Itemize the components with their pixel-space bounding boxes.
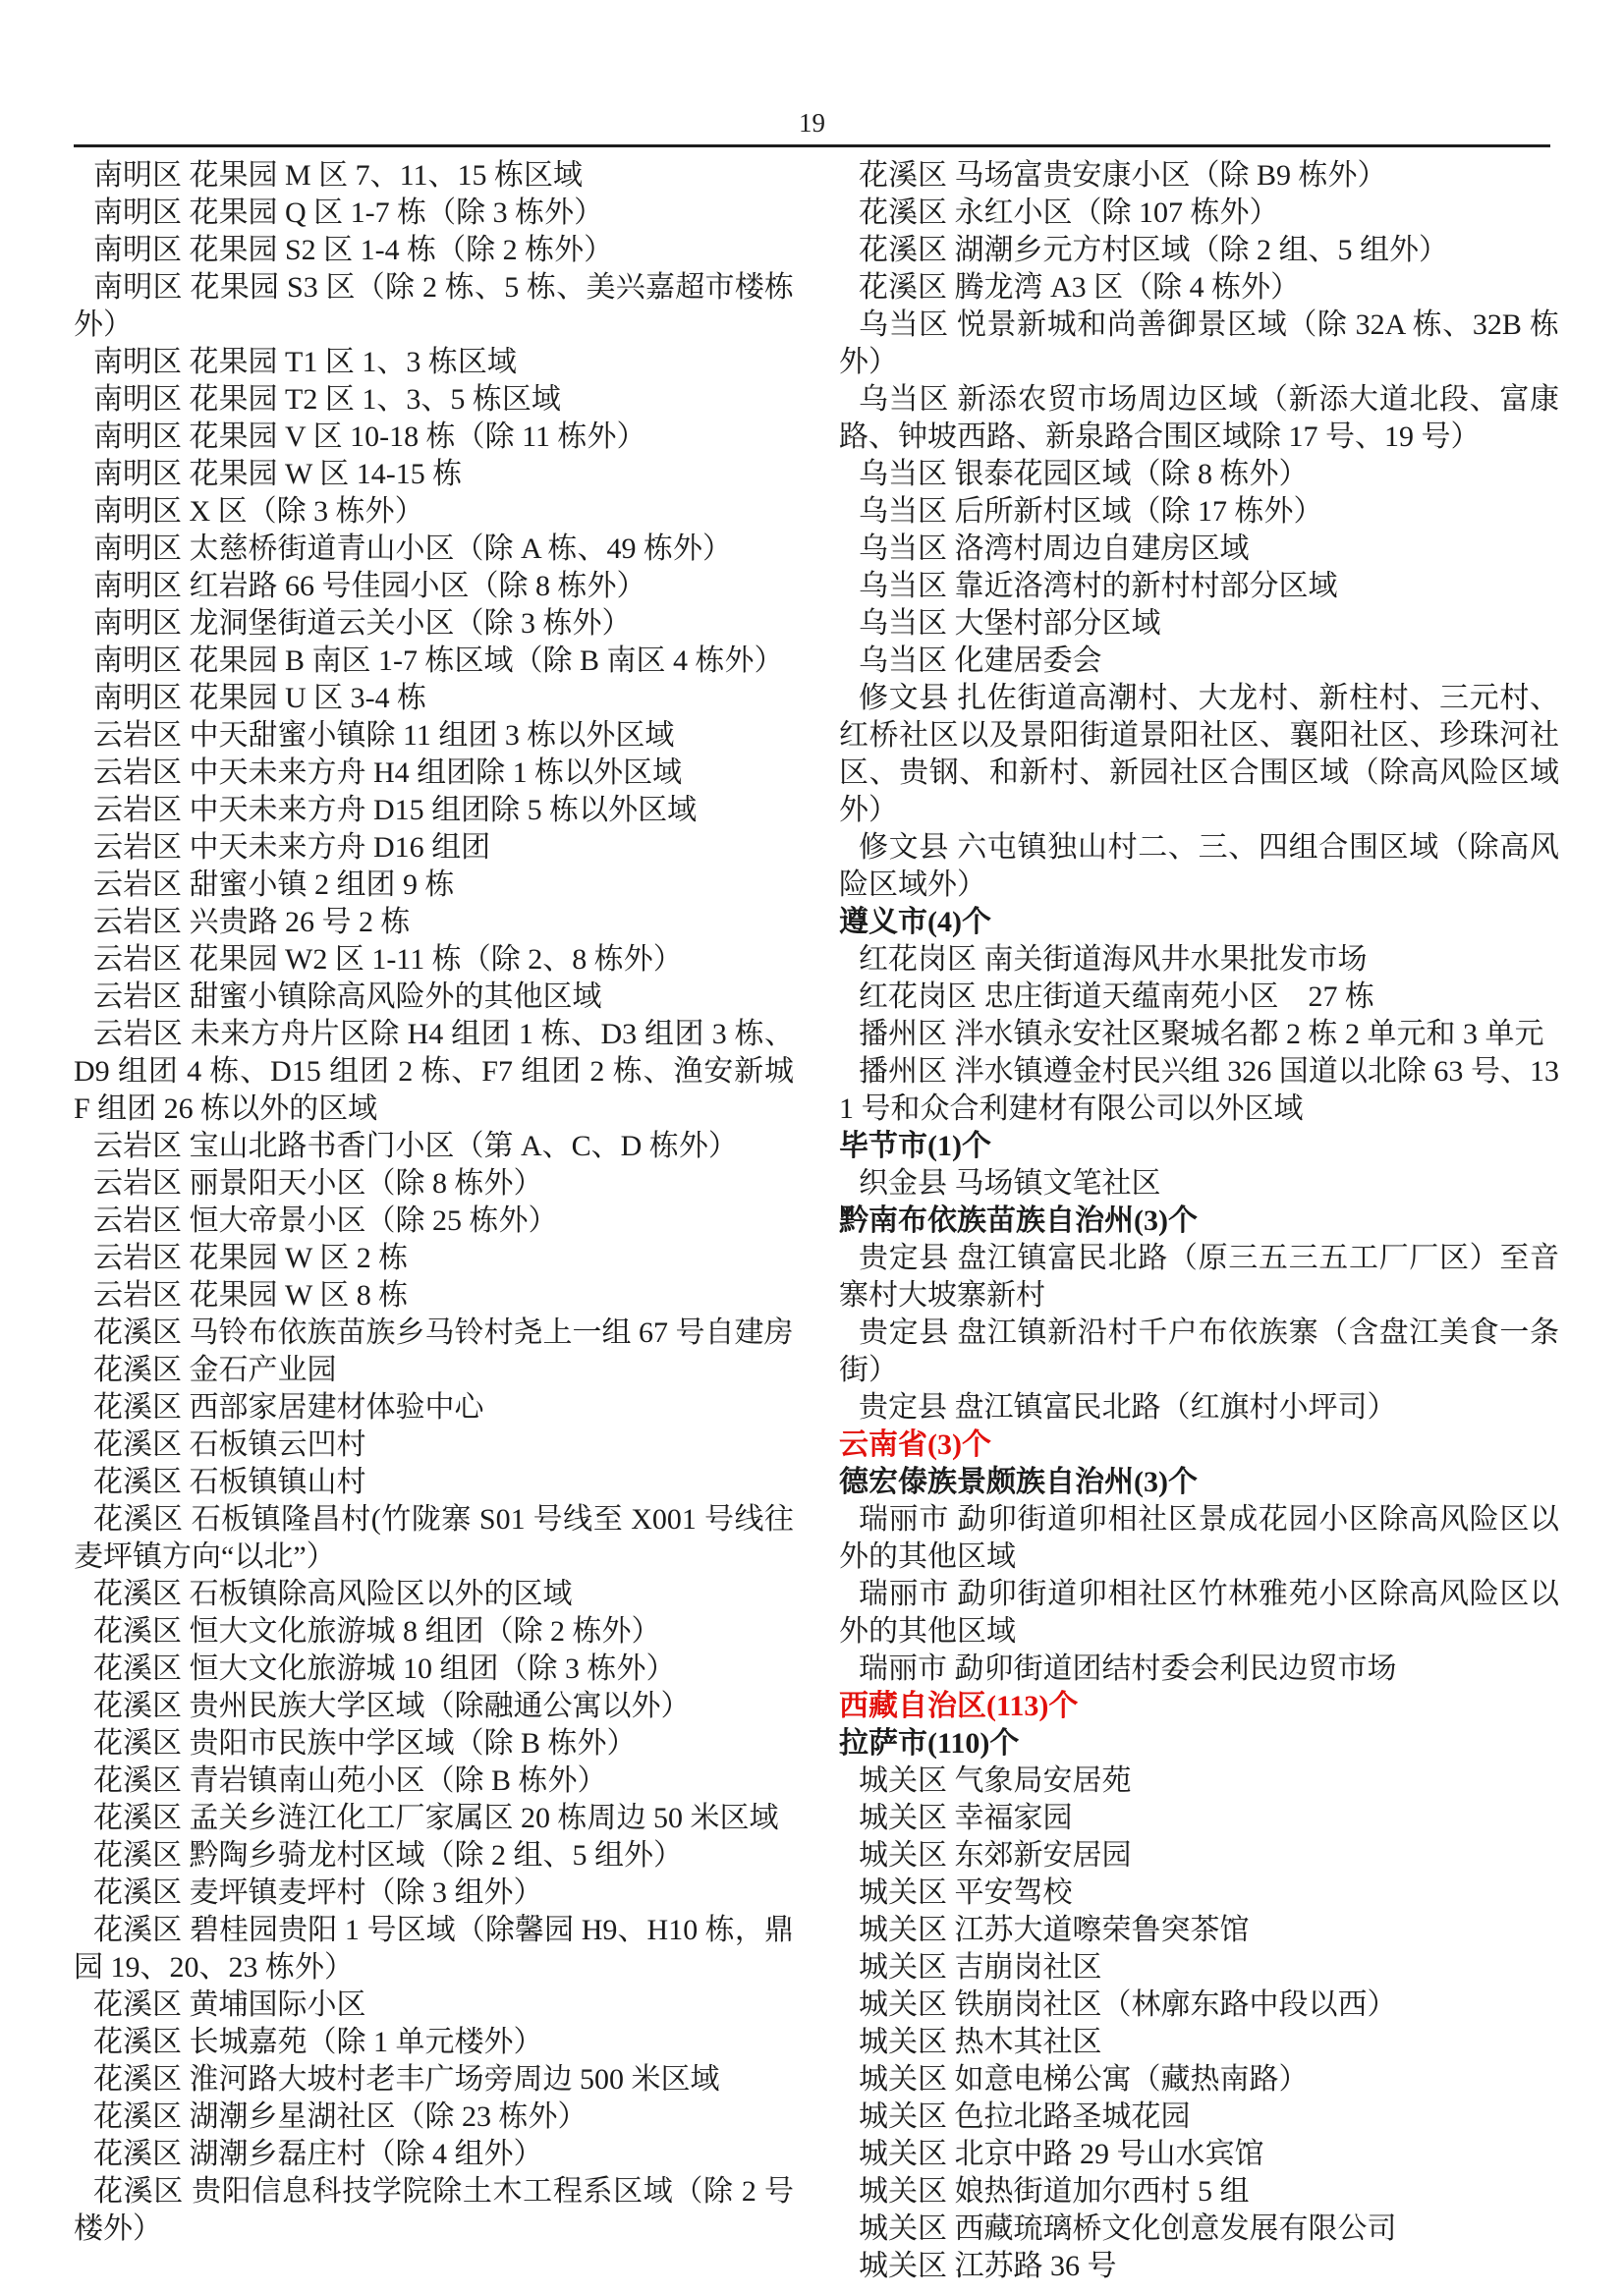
risk-area-list-item: 花溪区 石板镇隆昌村(竹陇寨 S01 号线至 X001 号线往麦坪镇方向“以北”…	[74, 1501, 794, 1576]
risk-area-list-item: 云岩区 花果园 W2 区 1-11 栋（除 2、8 栋外）	[74, 941, 794, 979]
risk-area-list-item: 云岩区 花果园 W 区 8 栋	[74, 1277, 794, 1315]
risk-area-list-item: 乌当区 化建居委会	[839, 643, 1559, 680]
risk-area-list-item: 南明区 红岩路 66 号佳园小区（除 8 栋外）	[74, 568, 794, 605]
risk-area-list-item: 云岩区 未来方舟片区除 H4 组团 1 栋、D3 组团 3 栋、D9 组团 4 …	[74, 1016, 794, 1128]
risk-area-list-item: 南明区 花果园 S3 区（除 2 栋、5 栋、美兴嘉超市楼栋外）	[74, 269, 794, 344]
risk-area-list-item: 花溪区 马铃布依族苗族乡马铃村尧上一组 67 号自建房	[74, 1315, 794, 1352]
risk-area-list-item: 修文县 扎佐街道高潮村、大龙村、新柱村、三元村、红桥社区以及景阳街道景阳社区、襄…	[839, 680, 1559, 829]
risk-area-list-item: 红花岗区 忠庄街道天蕴南苑小区 27 栋	[839, 979, 1559, 1016]
risk-area-list-item: 城关区 娘热街道加尔西村 5 组	[839, 2173, 1559, 2211]
risk-area-list-item: 花溪区 贵阳信息科技学院除土木工程系区域（除 2 号楼外）	[74, 2173, 794, 2248]
risk-area-list-item: 城关区 铁崩岗社区（林廓东路中段以西）	[839, 1987, 1559, 2024]
risk-area-list-item: 花溪区 长城嘉苑（除 1 单元楼外）	[74, 2024, 794, 2061]
risk-area-list-item: 南明区 花果园 T1 区 1、3 栋区域	[74, 344, 794, 381]
risk-area-list-item: 花溪区 贵州民族大学区域（除融通公寓以外）	[74, 1688, 794, 1725]
risk-area-list-item: 南明区 花果园 W 区 14-15 栋	[74, 456, 794, 493]
risk-area-list-item: 花溪区 湖潮乡元方村区域（除 2 组、5 组外）	[839, 232, 1559, 269]
right-column: 花溪区 马场富贵安康小区（除 B9 栋外）花溪区 永红小区（除 107 栋外）花…	[839, 157, 1559, 2285]
two-column-body: 南明区 花果园 M 区 7、11、15 栋区域南明区 花果园 Q 区 1-7 栋…	[74, 157, 1559, 2285]
risk-area-list-item: 花溪区 石板镇镇山村	[74, 1464, 794, 1501]
risk-area-list-item: 花溪区 恒大文化旅游城 10 组团（除 3 栋外）	[74, 1651, 794, 1688]
risk-area-list-item: 南明区 花果园 S2 区 1-4 栋（除 2 栋外）	[74, 232, 794, 269]
risk-area-list-item: 贵定县 盘江镇富民北路（原三五三五工厂厂区）至音寨村大坡寨新村	[839, 1240, 1559, 1315]
risk-area-list-item: 城关区 东郊新安居园	[839, 1837, 1559, 1875]
risk-area-list-item: 花溪区 孟关乡涟江化工厂家属区 20 栋周边 50 米区域	[74, 1800, 794, 1837]
risk-area-list-item: 花溪区 石板镇除高风险区以外的区域	[74, 1576, 794, 1613]
risk-area-list-item: 城关区 江苏大道嚓荣鲁突茶馆	[839, 1912, 1559, 1949]
risk-area-list-item: 云岩区 中天未来方舟 D16 组团	[74, 829, 794, 867]
risk-area-list-item: 瑞丽市 勐卯街道团结村委会利民边贸市场	[839, 1651, 1559, 1688]
risk-area-list-item: 南明区 花果园 V 区 10-18 栋（除 11 栋外）	[74, 419, 794, 456]
risk-area-list-item: 南明区 花果园 Q 区 1-7 栋（除 3 栋外）	[74, 195, 794, 232]
risk-area-list-item: 城关区 气象局安居苑	[839, 1763, 1559, 1800]
risk-area-list-item: 乌当区 银泰花园区域（除 8 栋外）	[839, 456, 1559, 493]
risk-area-list-item: 云岩区 甜蜜小镇除高风险外的其他区域	[74, 979, 794, 1016]
risk-area-list-item: 云岩区 丽景阳天小区（除 8 栋外）	[74, 1165, 794, 1203]
risk-area-list-item: 乌当区 靠近洛湾村的新村村部分区域	[839, 568, 1559, 605]
risk-area-list-item: 乌当区 新添农贸市场周边区域（新添大道北段、富康路、钟坡西路、新泉路合围区域除 …	[839, 381, 1559, 456]
risk-area-list-item: 花溪区 恒大文化旅游城 8 组团（除 2 栋外）	[74, 1613, 794, 1651]
risk-area-list-item: 花溪区 石板镇云凹村	[74, 1427, 794, 1464]
header-rule	[74, 144, 1550, 147]
risk-area-list-item: 城关区 平安驾校	[839, 1875, 1559, 1912]
risk-area-list-item: 织金县 马场镇文笔社区	[839, 1165, 1559, 1203]
province-header: 西藏自治区(113)个	[839, 1688, 1559, 1725]
risk-area-list-item: 播州区 泮水镇永安社区聚城名都 2 栋 2 单元和 3 单元	[839, 1016, 1559, 1053]
risk-area-list-item: 播州区 泮水镇遵金村民兴组 326 国道以北除 63 号、131 号和众合利建材…	[839, 1053, 1559, 1128]
risk-area-list-item: 乌当区 大堡村部分区域	[839, 605, 1559, 643]
city-header: 德宏傣族景颇族自治州(3)个	[839, 1464, 1559, 1501]
risk-area-list-item: 城关区 如意电梯公寓（藏热南路）	[839, 2061, 1559, 2099]
risk-area-list-item: 城关区 西藏琉璃桥文化创意发展有限公司	[839, 2211, 1559, 2248]
risk-area-list-item: 云岩区 宝山北路书香门小区（第 A、C、D 栋外）	[74, 1128, 794, 1165]
risk-area-list-item: 南明区 花果园 U 区 3-4 栋	[74, 680, 794, 717]
left-column: 南明区 花果园 M 区 7、11、15 栋区域南明区 花果园 Q 区 1-7 栋…	[74, 157, 794, 2285]
risk-area-list-item: 南明区 X 区（除 3 栋外）	[74, 493, 794, 531]
page-number: 19	[0, 0, 1624, 138]
risk-area-list-item: 云岩区 兴贵路 26 号 2 栋	[74, 904, 794, 941]
risk-area-list-item: 花溪区 湖潮乡磊庄村（除 4 组外）	[74, 2136, 794, 2173]
risk-area-list-item: 贵定县 盘江镇富民北路（红旗村小坪司）	[839, 1389, 1559, 1427]
risk-area-list-item: 南明区 花果园 B 南区 1-7 栋区域（除 B 南区 4 栋外）	[74, 643, 794, 680]
risk-area-list-item: 花溪区 永红小区（除 107 栋外）	[839, 195, 1559, 232]
risk-area-list-item: 城关区 热木其社区	[839, 2024, 1559, 2061]
risk-area-list-item: 乌当区 悦景新城和尚善御景区域（除 32A 栋、32B 栋外）	[839, 307, 1559, 381]
risk-area-list-item: 云岩区 中天未来方舟 H4 组团除 1 栋以外区域	[74, 755, 794, 792]
risk-area-list-item: 瑞丽市 勐卯街道卯相社区竹林雅苑小区除高风险区以外的其他区域	[839, 1576, 1559, 1651]
risk-area-list-item: 花溪区 麦坪镇麦坪村（除 3 组外）	[74, 1875, 794, 1912]
city-header: 黔南布依族苗族自治州(3)个	[839, 1203, 1559, 1240]
risk-area-list-item: 花溪区 黄埔国际小区	[74, 1987, 794, 2024]
risk-area-list-item: 花溪区 马场富贵安康小区（除 B9 栋外）	[839, 157, 1559, 195]
risk-area-list-item: 城关区 幸福家园	[839, 1800, 1559, 1837]
city-header: 遵义市(4)个	[839, 904, 1559, 941]
city-header: 毕节市(1)个	[839, 1128, 1559, 1165]
risk-area-list-item: 城关区 江苏路 36 号	[839, 2248, 1559, 2285]
risk-area-list-item: 乌当区 洛湾村周边自建房区域	[839, 531, 1559, 568]
risk-area-list-item: 南明区 太慈桥街道青山小区（除 A 栋、49 栋外）	[74, 531, 794, 568]
risk-area-list-item: 修文县 六屯镇独山村二、三、四组合围区域（除高风险区域外）	[839, 829, 1559, 904]
risk-area-list-item: 花溪区 碧桂园贵阳 1 号区域（除馨园 H9、H10 栋，鼎园 19、20、23…	[74, 1912, 794, 1987]
risk-area-list-item: 花溪区 湖潮乡星湖社区（除 23 栋外）	[74, 2099, 794, 2136]
risk-area-list-item: 花溪区 贵阳市民族中学区域（除 B 栋外）	[74, 1725, 794, 1763]
risk-area-list-item: 花溪区 腾龙湾 A3 区（除 4 栋外）	[839, 269, 1559, 307]
risk-area-list-item: 瑞丽市 勐卯街道卯相社区景成花园小区除高风险区以外的其他区域	[839, 1501, 1559, 1576]
risk-area-list-item: 乌当区 后所新村区域（除 17 栋外）	[839, 493, 1559, 531]
risk-area-list-item: 云岩区 甜蜜小镇 2 组团 9 栋	[74, 867, 794, 904]
risk-area-list-item: 城关区 北京中路 29 号山水宾馆	[839, 2136, 1559, 2173]
risk-area-list-item: 南明区 花果园 M 区 7、11、15 栋区域	[74, 157, 794, 195]
risk-area-list-item: 花溪区 淮河路大坡村老丰广场旁周边 500 米区域	[74, 2061, 794, 2099]
risk-area-list-item: 花溪区 金石产业园	[74, 1352, 794, 1389]
risk-area-list-item: 云岩区 花果园 W 区 2 栋	[74, 1240, 794, 1277]
city-header: 拉萨市(110)个	[839, 1725, 1559, 1763]
risk-area-list-item: 贵定县 盘江镇新沿村千户布依族寨（含盘江美食一条街）	[839, 1315, 1559, 1389]
risk-area-list-item: 云岩区 恒大帝景小区（除 25 栋外）	[74, 1203, 794, 1240]
province-header: 云南省(3)个	[839, 1427, 1559, 1464]
document-page: 19 南明区 花果园 M 区 7、11、15 栋区域南明区 花果园 Q 区 1-…	[0, 0, 1624, 2295]
risk-area-list-item: 云岩区 中天未来方舟 D15 组团除 5 栋以外区域	[74, 792, 794, 829]
risk-area-list-item: 花溪区 青岩镇南山苑小区（除 B 栋外）	[74, 1763, 794, 1800]
risk-area-list-item: 城关区 吉崩岗社区	[839, 1949, 1559, 1987]
risk-area-list-item: 南明区 龙洞堡街道云关小区（除 3 栋外）	[74, 605, 794, 643]
risk-area-list-item: 云岩区 中天甜蜜小镇除 11 组团 3 栋以外区域	[74, 717, 794, 755]
risk-area-list-item: 红花岗区 南关街道海风井水果批发市场	[839, 941, 1559, 979]
risk-area-list-item: 花溪区 黔陶乡骑龙村区域（除 2 组、5 组外）	[74, 1837, 794, 1875]
risk-area-list-item: 花溪区 西部家居建材体验中心	[74, 1389, 794, 1427]
risk-area-list-item: 南明区 花果园 T2 区 1、3、5 栋区域	[74, 381, 794, 419]
risk-area-list-item: 城关区 色拉北路圣城花园	[839, 2099, 1559, 2136]
